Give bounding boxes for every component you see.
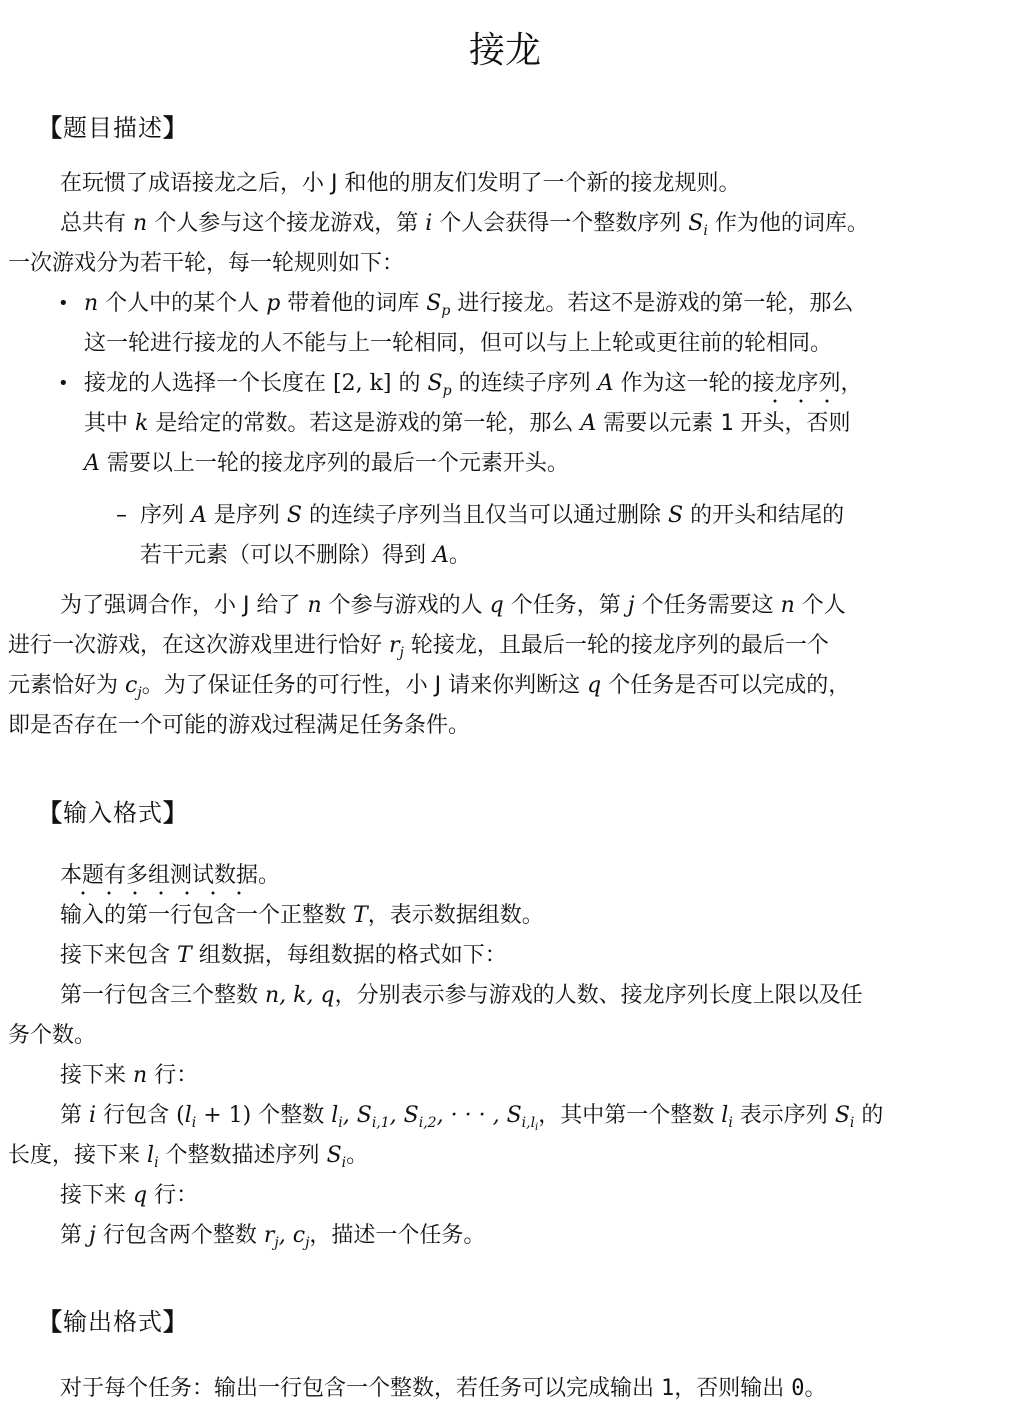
section-heading-input: 【输入格式】 <box>38 793 188 828</box>
math-var: n <box>307 593 321 618</box>
text: 接下来包含 <box>60 943 170 968</box>
paragraph: 接下来 n 行： <box>60 1061 198 1091</box>
math-var: q <box>490 593 504 618</box>
paragraph-continuation: 务个数。 <box>8 1021 96 1051</box>
math-subscript: i <box>338 1115 342 1131</box>
text: 行： <box>154 1063 198 1088</box>
math-symbol: S <box>426 291 441 316</box>
text: 个人中的某个人 <box>105 291 259 316</box>
math-subscript: i,li <box>522 1115 539 1131</box>
math-var: Si <box>835 1103 855 1128</box>
text: ，分别表示参与游戏的人数、接龙序列长度上限以及任 <box>335 983 863 1008</box>
emphasized-note: 本题有多组测试数据 <box>60 863 258 896</box>
text: 个人参与这个接龙游戏，第 <box>154 211 418 236</box>
math-vars: n, k, q <box>265 983 335 1008</box>
text: 接龙的人选择一个长度在 <box>84 371 326 396</box>
code-literal: 0 <box>791 1376 804 1401</box>
math-var: cj <box>125 673 142 698</box>
sub-list-item-continuation: 若干元素（可以不删除）得到 A。 <box>140 541 471 571</box>
text: 个任务，第 <box>511 593 621 618</box>
math-var: n <box>133 1063 147 1088</box>
paragraph: 第 i 行包含 (li + 1) 个整数 li, Si,1, Si,2, · ·… <box>60 1101 883 1131</box>
math-symbol: r <box>264 1223 275 1248</box>
text: 。 <box>449 543 471 568</box>
heading-text: 题目描述 <box>63 114 163 142</box>
text: 第 <box>60 1103 82 1128</box>
text: ，描述一个任务。 <box>309 1223 485 1248</box>
text: 。 <box>805 1376 827 1401</box>
math-var: n <box>84 291 98 316</box>
math-var: q <box>133 1183 147 1208</box>
text: 个任务需要这 <box>642 593 774 618</box>
math-symbol: c <box>293 1223 305 1248</box>
text: 序列 <box>140 503 184 528</box>
math-var: n <box>133 211 147 236</box>
paragraph: 接下来包含 T 组数据，每组数据的格式如下： <box>60 941 507 971</box>
math-subscript: i,1 <box>372 1115 390 1131</box>
math-symbol: r <box>389 633 400 658</box>
paragraph-continuation: 进行一次游戏，在这次游戏里进行恰好 rj 轮接龙，且最后一轮的接龙序列的最后一个 <box>8 631 829 661</box>
math-var: i <box>425 211 432 236</box>
text: 若干元素（可以不删除）得到 <box>140 543 426 568</box>
text: 元素恰好为 <box>8 673 118 698</box>
math-var: li <box>147 1143 159 1168</box>
math-symbol: S <box>357 1103 372 1128</box>
math-var: S <box>668 503 683 528</box>
text: 行包含两个整数 <box>103 1223 257 1248</box>
text: ，其中第一个整数 <box>538 1103 714 1128</box>
paragraph: 在玩惯了成语接龙之后，小 J 和他的朋友们发明了一个新的接龙规则。 <box>60 169 740 199</box>
math-sequence: li, Si,1, Si,2, · · · , Si,li <box>331 1103 538 1128</box>
text: 。 <box>346 1143 368 1168</box>
paragraph: 接下来 q 行： <box>60 1181 198 1211</box>
math-rest: + 1) <box>196 1103 251 1128</box>
paragraph-continuation: 元素恰好为 cj。为了保证任务的可行性，小 J 请来你判断这 q 个任务是否可以… <box>8 671 850 701</box>
math-var: j <box>89 1223 96 1248</box>
text: ，表示数据组数。 <box>368 903 544 928</box>
math-var: q <box>587 673 601 698</box>
paragraph: 第 j 行包含两个整数 rj, cj，描述一个任务。 <box>60 1221 485 1251</box>
text: 带着他的词库 <box>287 291 419 316</box>
text: 作为这一轮的 <box>620 371 752 396</box>
code-literal: 1 <box>661 1376 674 1401</box>
math-var: Sp <box>428 371 452 396</box>
code-literal: 1 <box>720 411 733 436</box>
text: 的 <box>861 1103 883 1128</box>
text: 的连续子序列当且仅当可以通过删除 <box>309 503 661 528</box>
math-var: A <box>84 451 100 476</box>
text: ，否则输出 <box>674 1376 784 1401</box>
text: 进行接龙。若这不是游戏的第一轮，那么 <box>457 291 853 316</box>
math-subscript: i <box>154 1155 158 1171</box>
list-item-continuation: 其中 k 是给定的常数。若这是游戏的第一轮，那么 A 需要以元素 1 开头，否则 <box>84 409 851 439</box>
text: 进行一次游戏，在这次游戏里进行恰好 <box>8 633 382 658</box>
bracket-open: 【 <box>38 1308 63 1336</box>
text: 个整数 <box>258 1103 324 1128</box>
paragraph: 为了强调合作，小 J 给了 n 个参与游戏的人 q 个任务，第 j 个任务需要这… <box>60 591 846 621</box>
math-var: Si <box>688 211 708 236</box>
math-var: i <box>89 1103 96 1128</box>
list-item-continuation: 这一轮进行接龙的人不能与上一轮相同，但可以与上上轮或更往前的轮相同。 <box>84 329 832 359</box>
math-symbol: S <box>428 371 443 396</box>
paragraph: 总共有 n 个人参与这个接龙游戏，第 i 个人会获得一个整数序列 Si 作为他的… <box>60 209 869 239</box>
math-subscript: j <box>274 1235 278 1251</box>
paragraph: 本题有多组测试数据。 <box>60 861 280 891</box>
text: 其中 <box>84 411 128 436</box>
text: 长度，接下来 <box>8 1143 140 1168</box>
paragraph: 第一行包含三个整数 n, k, q，分别表示参与游戏的人数、接龙序列长度上限以及… <box>60 981 863 1011</box>
text: 组数据，每组数据的格式如下： <box>199 943 507 968</box>
math-symbol: S <box>507 1103 522 1128</box>
math-subscript: i <box>728 1115 732 1131</box>
math-symbol: c <box>125 673 137 698</box>
bullet-icon: • <box>58 369 69 399</box>
text: 的 <box>399 371 421 396</box>
math-var: p <box>266 291 280 316</box>
math-var: T <box>353 903 368 928</box>
math-var: T <box>177 943 192 968</box>
emphasized-term: 接龙序列 <box>752 371 840 404</box>
list-item-text: 接龙的人选择一个长度在 [2, k] 的 Sp 的连续子序列 A 作为这一轮的接… <box>84 369 863 399</box>
math-symbol: S <box>327 1143 342 1168</box>
math-symbol: S <box>688 211 703 236</box>
heading-text: 输出格式 <box>63 1308 163 1336</box>
paragraph: 输入的第一行包含一个正整数 T，表示数据组数。 <box>60 901 544 931</box>
text: 第一行包含三个整数 <box>60 983 258 1008</box>
bracket-close: 】 <box>163 114 188 142</box>
text: 个整数描述序列 <box>166 1143 320 1168</box>
math-vars: rj, cj <box>264 1223 310 1248</box>
text: 。 <box>258 863 280 888</box>
math-symbol: l <box>185 1103 192 1128</box>
math-subscript: i <box>850 1115 854 1131</box>
math-symbol: S <box>404 1103 419 1128</box>
math-var: A <box>191 503 207 528</box>
text: 的连续子序列 <box>459 371 591 396</box>
paragraph-continuation: 长度，接下来 li 个整数描述序列 Si。 <box>8 1141 368 1171</box>
section-heading-output: 【输出格式】 <box>38 1302 188 1337</box>
text: 开头，否则 <box>741 411 851 436</box>
page-title: 接龙 <box>0 22 1010 73</box>
math-range: [2, k] <box>333 371 391 396</box>
math-subscript: p <box>441 303 450 319</box>
math-subscript: i,2 <box>419 1115 437 1131</box>
ellipsis: · · · <box>451 1103 493 1128</box>
math-var: n <box>781 593 795 618</box>
math-var: li <box>721 1103 733 1128</box>
bracket-open: 【 <box>38 799 63 827</box>
bracket-close: 】 <box>163 1308 188 1336</box>
paragraph-continuation: 即是否存在一个可能的游戏过程满足任务条件。 <box>8 711 470 741</box>
math-symbol: l <box>147 1143 154 1168</box>
text: 个人会获得一个整数序列 <box>439 211 681 236</box>
heading-text: 输入格式 <box>63 799 163 827</box>
paragraph-continuation: 一次游戏分为若干轮，每一轮规则如下： <box>8 249 404 279</box>
math-var: k <box>135 411 148 436</box>
math-var: Sp <box>426 291 450 316</box>
math-subscript: j <box>400 645 404 661</box>
bracket-close: 】 <box>163 799 188 827</box>
text: 表示序列 <box>740 1103 828 1128</box>
math-symbol: S <box>835 1103 850 1128</box>
math-expression: (li + 1) <box>176 1103 251 1128</box>
text: 的开头和结尾的 <box>690 503 844 528</box>
text: 个任务是否可以完成的， <box>608 673 850 698</box>
text: 对于每个任务：输出一行包含一个整数，若任务可以完成输出 <box>60 1376 654 1401</box>
text: 接下来 <box>60 1063 126 1088</box>
text: 接下来 <box>60 1183 126 1208</box>
list-item-text: n 个人中的某个人 p 带着他的词库 Sp 进行接龙。若这不是游戏的第一轮，那么 <box>84 289 853 319</box>
math-var: S <box>287 503 302 528</box>
bullet-icon: • <box>58 289 69 319</box>
bracket-open: 【 <box>38 114 63 142</box>
text: 。为了保证任务的可行性，小 J 请来你判断这 <box>142 673 580 698</box>
math-var: A <box>433 543 449 568</box>
math-var: j <box>628 593 635 618</box>
text: 输入的第一行包含一个正整数 <box>60 903 346 928</box>
math-var: rj <box>389 633 404 658</box>
sub-list-item-text: 序列 A 是序列 S 的连续子序列当且仅当可以通过删除 S 的开头和结尾的 <box>140 501 844 531</box>
paren: ( <box>176 1103 185 1128</box>
list-item-continuation: A 需要以上一轮的接龙序列的最后一个元素开头。 <box>84 449 569 479</box>
text: 个人 <box>802 593 846 618</box>
math-var: A <box>580 411 596 436</box>
text: 需要以上一轮的接龙序列的最后一个元素开头。 <box>107 451 569 476</box>
math-subscript-text: i,l <box>522 1115 535 1131</box>
text: 总共有 <box>60 211 126 236</box>
section-heading-description: 【题目描述】 <box>38 108 188 143</box>
text: 作为他的词库。 <box>715 211 869 236</box>
text: 个参与游戏的人 <box>329 593 483 618</box>
paragraph: 对于每个任务：输出一行包含一个整数，若任务可以完成输出 1，否则输出 0。 <box>60 1374 827 1404</box>
math-subscript: i <box>703 223 707 239</box>
math-subscript: p <box>443 383 452 399</box>
text: 是序列 <box>214 503 280 528</box>
text: 轮接龙，且最后一轮的接龙序列的最后一个 <box>411 633 829 658</box>
text: 是给定的常数。若这是游戏的第一轮，那么 <box>155 411 573 436</box>
math-var: Si <box>327 1143 347 1168</box>
text: 第 <box>60 1223 82 1248</box>
text: 行包含 <box>103 1103 169 1128</box>
text: ， <box>841 371 863 396</box>
text: 为了强调合作，小 J 给了 <box>60 593 300 618</box>
text: 需要以元素 <box>603 411 713 436</box>
dash-icon: – <box>116 501 127 531</box>
math-var: A <box>598 371 614 396</box>
text: 行： <box>154 1183 198 1208</box>
